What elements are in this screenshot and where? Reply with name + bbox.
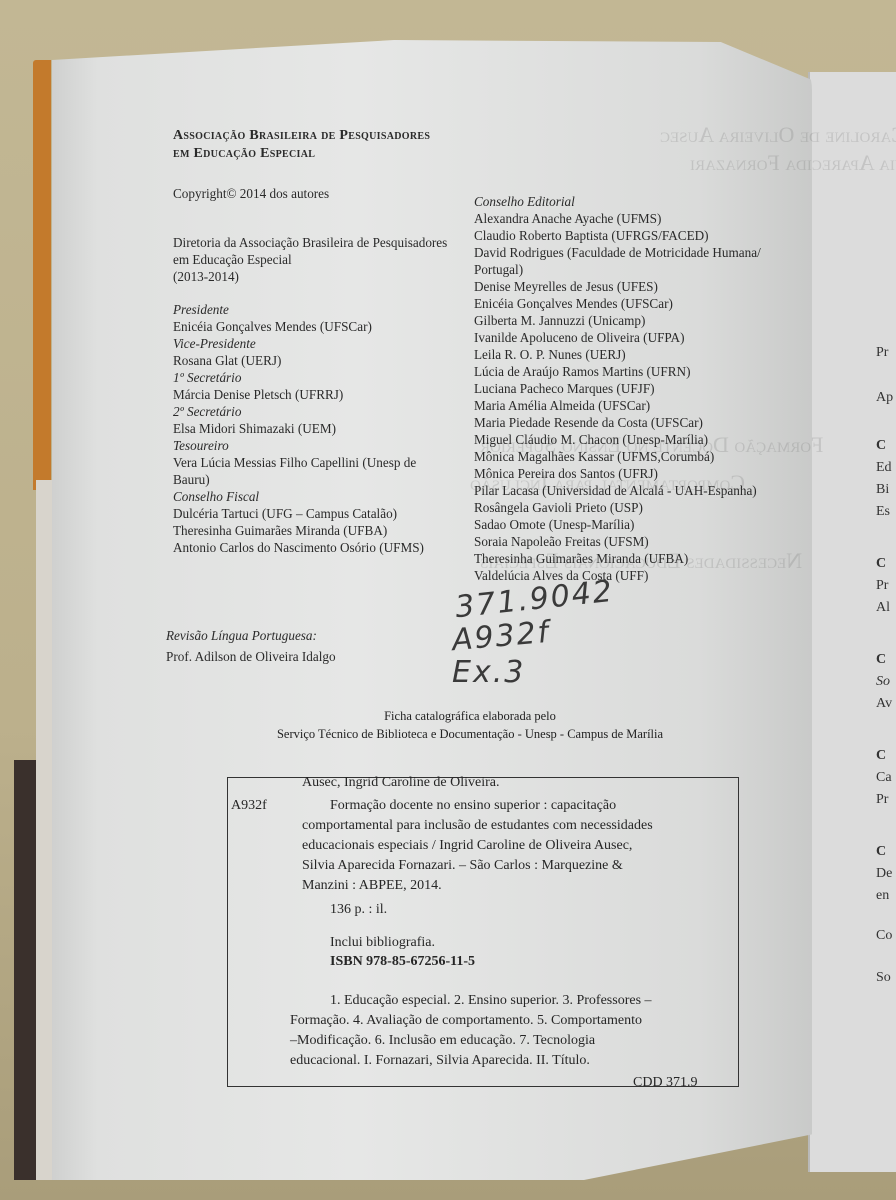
revisao-name: Prof. Adilson de Oliveira Idalgo [166,648,336,665]
catalog-pages: 136 p. : il. [330,901,387,920]
editorial-member: Mônica Magalhães Kassar (UFMS,Corumbá) [474,448,761,465]
ficha-line-1: Ficha catalográfica elaborada pelo [230,707,710,725]
catalog-call-number: A932f [231,797,267,816]
catalog-subjects-line: Formação. 4. Avaliação de comportamento.… [290,1012,642,1031]
next-page-fragment: Av [876,696,892,712]
role-label: 2º Secretário [173,403,424,420]
next-page-fragment: en [876,888,889,904]
editorial-member: David Rodrigues (Faculdade de Motricidad… [474,244,761,261]
next-page-fragment: Pr [876,578,888,594]
next-page-fragment: Pr [876,345,888,361]
next-page-fragment: So [876,674,890,690]
editorial-member: Claudio Roberto Baptista (UFRGS/FACED) [474,227,761,244]
editorial-member: Rosângela Gavioli Prieto (USP) [474,499,761,516]
role-member: Márcia Denise Pletsch (UFRRJ) [173,386,424,403]
diretoria-line: (2013-2014) [173,268,447,285]
catalog-title-line: educacionais especiais / Ingrid Caroline… [302,837,632,856]
editorial-member: Maria Amélia Almeida (UFSCar) [474,397,761,414]
role-label: 1º Secretário [173,369,424,386]
editorial-member: Leila R. O. P. Nunes (UERJ) [474,346,761,363]
next-page-fragment: Bi [876,482,889,498]
catalog-subjects-line: 1. Educação especial. 2. Ensino superior… [330,992,652,1011]
editorial-board-title: Conselho Editorial [474,193,761,210]
ficha-line-2: Serviço Técnico de Biblioteca e Document… [230,725,710,743]
catalog-title-line: Manzini : ABPEE, 2014. [302,877,442,896]
next-page [808,72,896,1172]
diretoria-line: Diretoria da Associação Brasileira de Pe… [173,234,447,251]
next-page-fragment: C [876,652,886,668]
editorial-member: Portugal) [474,261,761,278]
next-page-fragment: De [876,866,892,882]
catalog-subjects-line: –Modificação. 6. Inclusão em educação. 7… [290,1032,595,1051]
catalog-title-line: Formação docente no ensino superior : ca… [330,797,616,816]
editorial-member: Gilberta M. Jannuzzi (Unicamp) [474,312,761,329]
editorial-board: Conselho Editorial Alexandra Anache Ayac… [474,193,761,584]
catalog-author: Ausec, Ingrid Caroline de Oliveira. [302,774,500,793]
diretoria-line: em Educação Especial [173,251,447,268]
diretoria-title: Diretoria da Associação Brasileira de Pe… [173,234,447,285]
editorial-member: Enicéia Gonçalves Mendes (UFSCar) [474,295,761,312]
catalog-subjects-line: educacional. I. Fornazari, Silvia Aparec… [290,1052,590,1071]
next-page-fragment: C [876,748,886,764]
revisao-label: Revisão Língua Portuguesa: [166,627,336,644]
next-page-fragment: Pr [876,792,888,808]
editorial-member: Sadao Omote (Unesp-Marília) [474,516,761,533]
next-page-fragment: Ed [876,460,892,476]
publisher-line-2: em Educação Especial [173,145,430,163]
publisher-name: Associação Brasileira de Pesquisadores e… [173,127,430,163]
handwritten-copy: Ex.3 [452,658,525,688]
handwritten-cutter: A932f [451,618,552,656]
role-member: Theresinha Guimarães Miranda (UFBA) [173,522,424,539]
book-cover-spine [14,760,36,1180]
role-member: Elsa Midori Shimazaki (UEM) [173,420,424,437]
editorial-member: Ivanilde Apoluceno de Oliveira (UFPA) [474,329,761,346]
role-label: Vice-Presidente [173,335,424,352]
next-page-fragment: C [876,438,886,454]
next-page-fragment: Ap [876,390,893,406]
next-page-fragment: Ca [876,770,892,786]
role-member: Antonio Carlos do Nascimento Osório (UFM… [173,539,424,556]
next-page-fragment: Co [876,928,892,944]
editorial-member: Miguel Cláudio M. Chacon (Unesp-Marília) [474,431,761,448]
role-member: Rosana Glat (UERJ) [173,352,424,369]
catalog-title-line: Silvia Aparecida Fornazari. – São Carlos… [302,857,623,876]
catalog-title-line: comportamental para inclusão de estudant… [302,817,653,836]
copyright-notice: Copyright© 2014 dos autores [173,185,329,202]
next-page-fragment: So [876,970,891,986]
editorial-member: Pilar Lacasa (Universidad de Alcalá - UA… [474,482,761,499]
diretoria-roles: Presidente Enicéia Gonçalves Mendes (UFS… [173,301,424,556]
editorial-member: Maria Piedade Resende da Costa (UFSCar) [474,414,761,431]
show-through-text: Ingrid Caroline de Oliveira Ausec [660,122,896,148]
role-member: Vera Lúcia Messias Filho Capellini (Unes… [173,454,424,471]
next-page-fragment: Es [876,504,890,520]
catalog-isbn: ISBN 978-85-67256-11-5 [330,953,475,972]
catalog-cdd: CDD 371.9 [633,1074,698,1093]
next-page-fragment: C [876,556,886,572]
role-member: Bauru) [173,471,424,488]
show-through-text: Silvia Aparecida Fornazari [690,150,896,176]
editorial-member: Mônica Pereira dos Santos (UFRJ) [474,465,761,482]
catalog-notes: Inclui bibliografia. [330,934,435,953]
revisao-section: Revisão Língua Portuguesa: Prof. Adilson… [166,627,336,665]
editorial-member: Lúcia de Araújo Ramos Martins (UFRN) [474,363,761,380]
editorial-member: Luciana Pacheco Marques (UFJF) [474,380,761,397]
role-member: Dulcéria Tartuci (UFG – Campus Catalão) [173,505,424,522]
publisher-line-1: Associação Brasileira de Pesquisadores [173,127,430,145]
role-member: Enicéia Gonçalves Mendes (UFSCar) [173,318,424,335]
role-label: Presidente [173,301,424,318]
editorial-member: Denise Meyrelles de Jesus (UFES) [474,278,761,295]
editorial-member: Soraia Napoleão Freitas (UFSM) [474,533,761,550]
role-label: Conselho Fiscal [173,488,424,505]
role-label: Tesoureiro [173,437,424,454]
editorial-member: Valdelúcia Alves da Costa (UFF) [474,567,761,584]
editorial-member: Alexandra Anache Ayache (UFMS) [474,210,761,227]
editorial-member: Theresinha Guimarães Miranda (UFBA) [474,550,761,567]
next-page-fragment: C [876,844,886,860]
book-cover-edge [33,60,51,490]
next-page-fragment: Al [876,600,890,616]
